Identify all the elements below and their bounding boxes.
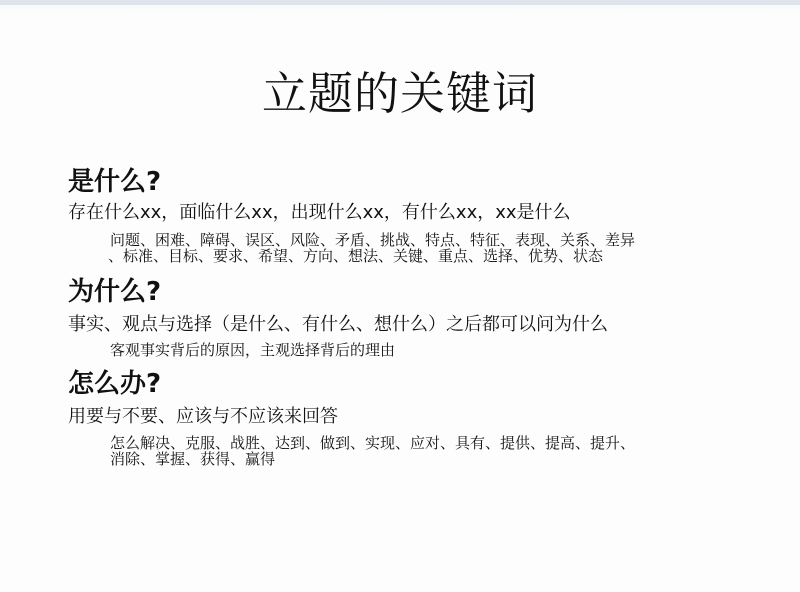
section-detail-why-line1: 客观事实背后的原因，主观选择背后的理由 (110, 343, 395, 358)
section-lead-why: 事实、观点与选择（是什么、有什么、想什么）之后都可以问为什么 (68, 314, 608, 336)
section-detail-what-line2: 、标准、目标、要求、希望、方向、想法、关键、重点、选择、优势、状态 (108, 249, 603, 264)
section-heading-what: 是什么? (68, 166, 161, 198)
section-detail-how-line2: 消除、掌握、获得、赢得 (110, 452, 275, 467)
section-heading-how: 怎么办? (68, 368, 161, 400)
section-detail-what-line1: 问题、困难、障碍、误区、风险、矛盾、挑战、特点、特征、表现、关系、差异 (110, 233, 635, 248)
section-lead-how: 用要与不要、应该与不应该来回答 (68, 406, 338, 428)
top-bar-shadow (0, 5, 800, 13)
section-lead-what: 存在什么xx，面临什么xx，出现什么xx，有什么xx，xx是什么 (68, 202, 571, 224)
section-heading-why: 为什么? (68, 276, 161, 308)
slide-title: 立题的关键词 (0, 64, 800, 124)
section-detail-how-line1: 怎么解决、克服、战胜、达到、做到、实现、应对、具有、提供、提高、提升、 (110, 436, 635, 451)
